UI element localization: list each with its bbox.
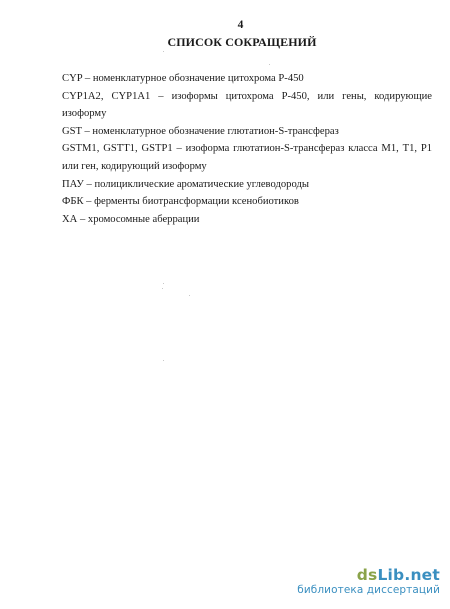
separator: – — [84, 179, 95, 190]
abbreviation-item: ХА – хромосомные аберрации — [62, 211, 432, 229]
abbreviation-list: CYP – номенклатурное обозначение цитохро… — [62, 70, 432, 228]
abbreviation-term: ХА — [62, 214, 77, 225]
page-title: СПИСОК СОКРАЩЕНИЙ — [0, 35, 450, 50]
abbreviation-definition: номенклатурное обозначение глютатион-S-т… — [92, 126, 338, 137]
abbreviation-term: ФБК — [62, 196, 84, 207]
separator: – — [77, 214, 88, 225]
abbreviation-item: GSTM1, GSTT1, GSTP1 – изоформа глютатион… — [62, 140, 432, 175]
scan-speck — [163, 283, 164, 284]
scan-speck — [162, 288, 163, 289]
watermark-subtitle: библиотека диссертаций — [297, 584, 440, 597]
abbreviation-definition: хромосомные аберрации — [88, 214, 200, 225]
abbreviation-term: ПАУ — [62, 179, 84, 190]
scan-speck — [163, 360, 164, 361]
abbreviation-definition: ферменты биотрансформации ксенобиотиков — [94, 196, 299, 207]
page-number: 4 — [0, 19, 450, 31]
abbreviation-item: ФБК – ферменты биотрансформации ксенобио… — [62, 193, 432, 211]
scan-speck — [269, 64, 270, 65]
abbreviation-item: GST – номенклатурное обозначение глютати… — [62, 123, 432, 141]
separator: – — [150, 91, 171, 102]
abbreviation-definition: номенклатурное обозначение цитохрома Р-4… — [93, 73, 304, 84]
abbreviation-definition: полициклические ароматические углеводоро… — [94, 179, 309, 190]
separator: – — [82, 73, 93, 84]
separator: – — [173, 143, 186, 154]
abbreviation-term: GST — [62, 126, 82, 137]
abbreviation-term: CYP1A2, CYP1A1 — [62, 91, 150, 102]
logo-ds: ds — [357, 566, 378, 584]
abbreviation-term: GSTM1, GSTT1, GSTP1 — [62, 143, 173, 154]
scan-speck — [163, 51, 164, 52]
scan-speck — [189, 295, 190, 296]
abbreviation-term: CYP — [62, 73, 82, 84]
abbreviation-item: CYP1A2, CYP1A1 – изоформы цитохрома Р-45… — [62, 88, 432, 123]
dslib-watermark: dsLib.net библиотека диссертаций — [297, 566, 440, 597]
abbreviation-item: ПАУ – полициклические ароматические угле… — [62, 176, 432, 194]
separator: – — [84, 196, 95, 207]
logo-lib: Lib.net — [377, 566, 440, 584]
abbreviation-item: CYP – номенклатурное обозначение цитохро… — [62, 70, 432, 88]
separator: – — [82, 126, 93, 137]
dslib-logo: dsLib.net — [297, 566, 440, 584]
